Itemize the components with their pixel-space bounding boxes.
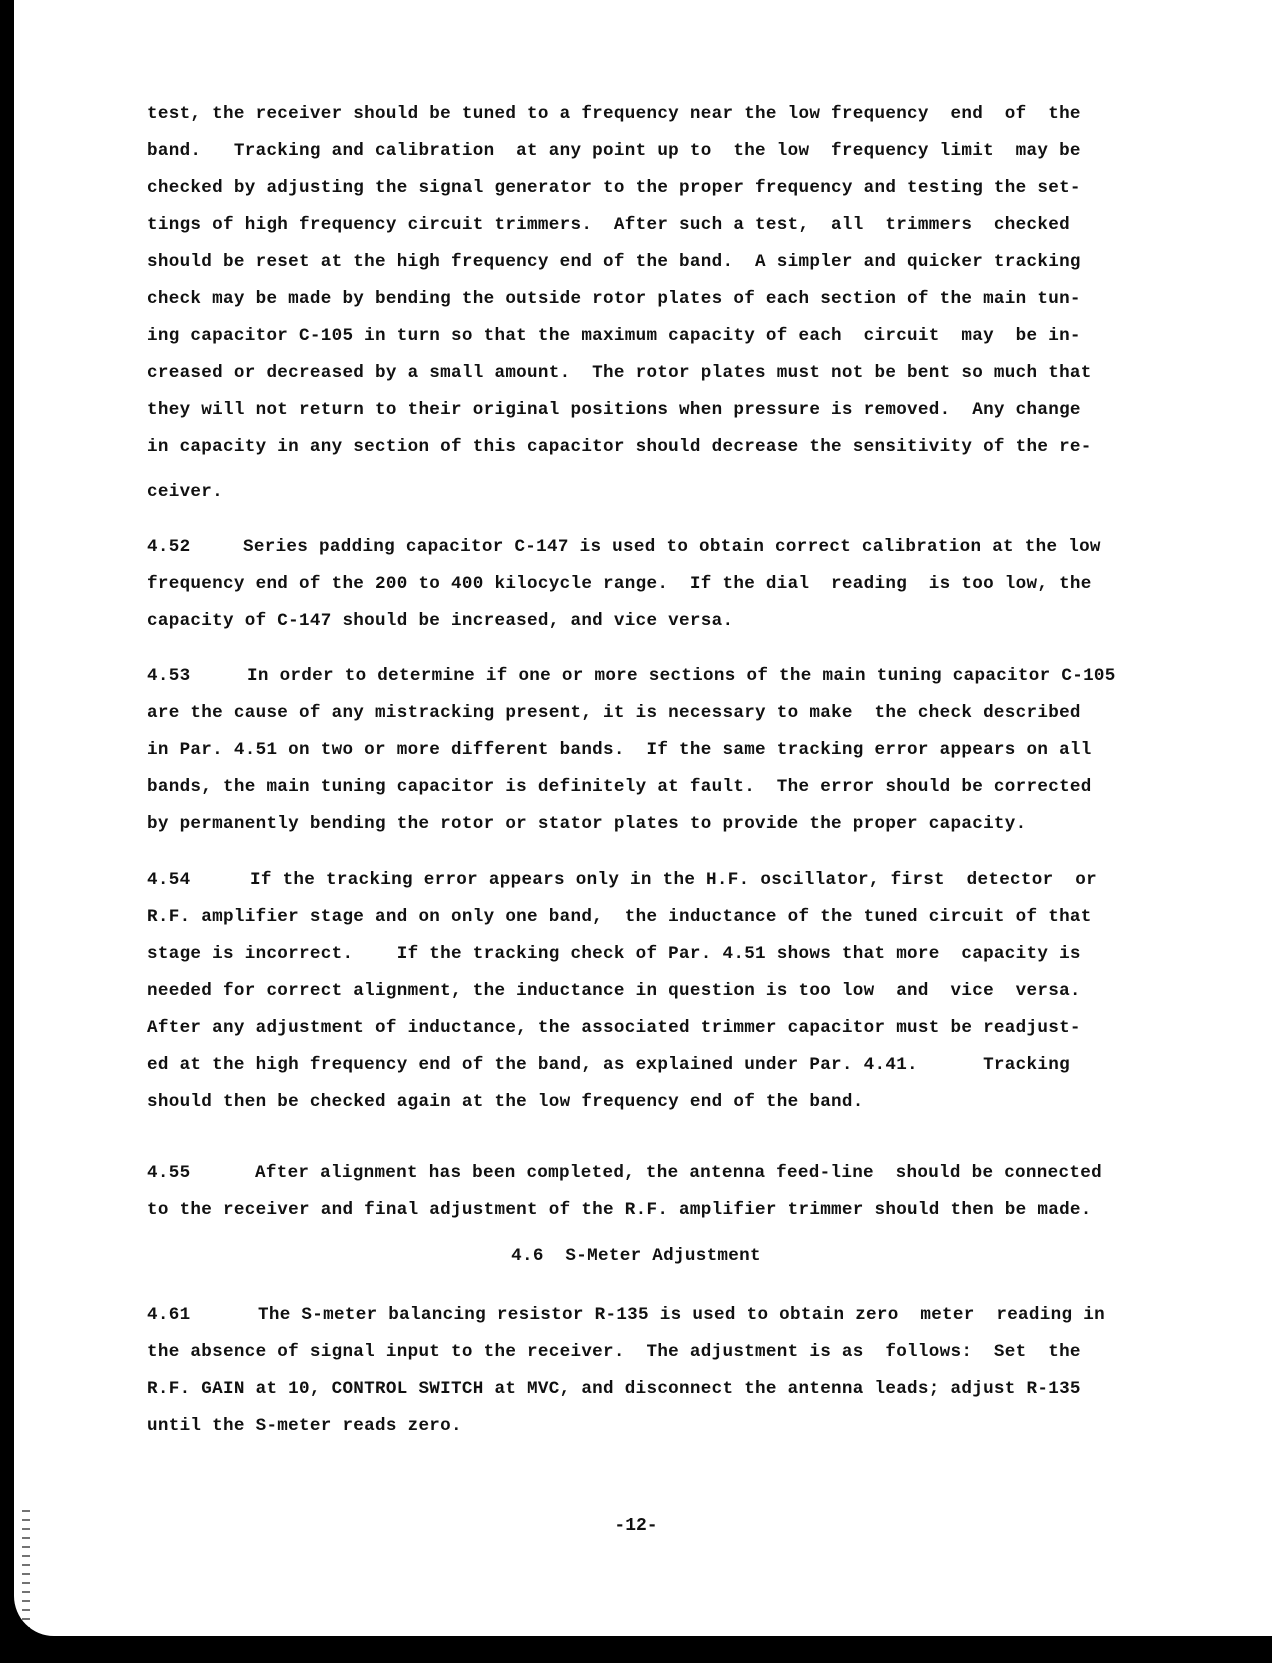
text-line: R.F. GAIN at 10, CONTROL SWITCH at MVC, … [147, 1379, 1081, 1399]
paragraph-number: 4.53 [147, 666, 190, 686]
text-line: stage is incorrect. If the tracking chec… [147, 944, 1081, 964]
text-line: test, the receiver should be tuned to a … [147, 104, 1081, 124]
text-line: they will not return to their original p… [147, 400, 1081, 420]
paragraph-number: 4.61 [147, 1305, 190, 1325]
text-line: needed for correct alignment, the induct… [147, 981, 1081, 1001]
text-line: Series padding capacitor C-147 is used t… [243, 537, 1101, 557]
section-heading: 4.6 S-Meter Adjustment [0, 1246, 1272, 1266]
page-number: -12- [0, 1516, 1272, 1536]
paragraph-number: 4.55 [147, 1163, 190, 1183]
text-line: to the receiver and final adjustment of … [147, 1200, 1092, 1220]
text-line: by permanently bending the rotor or stat… [147, 814, 1027, 834]
text-line: The S-meter balancing resistor R-135 is … [258, 1305, 1105, 1325]
text-line: bands, the main tuning capacitor is defi… [147, 777, 1092, 797]
text-line: After alignment has been completed, the … [255, 1163, 1102, 1183]
text-line: band. Tracking and calibration at any po… [147, 141, 1081, 161]
text-line: ed at the high frequency end of the band… [147, 1055, 1070, 1075]
text-line: frequency end of the 200 to 400 kilocycl… [147, 574, 1092, 594]
text-line: In order to determine if one or more sec… [247, 666, 1116, 686]
text-line: check may be made by bending the outside… [147, 289, 1081, 309]
text-line: R.F. amplifier stage and on only one ban… [147, 907, 1092, 927]
text-line: in Par. 4.51 on two or more different ba… [147, 740, 1092, 760]
text-line: until the S-meter reads zero. [147, 1416, 462, 1436]
text-line: creased or decreased by a small amount. … [147, 363, 1092, 383]
paragraph-number: 4.52 [147, 537, 190, 557]
text-line: tings of high frequency circuit trimmers… [147, 215, 1070, 235]
text-line: are the cause of any mistracking present… [147, 703, 1081, 723]
text-line: in capacity in any section of this capac… [147, 437, 1092, 457]
text-line: If the tracking error appears only in th… [250, 870, 1097, 890]
text-line: should be reset at the high frequency en… [147, 252, 1081, 272]
text-line: ing capacitor C-105 in turn so that the … [147, 326, 1081, 346]
text-line: After any adjustment of inductance, the … [147, 1018, 1081, 1038]
text-line: the absence of signal input to the recei… [147, 1342, 1081, 1362]
text-line: ceiver. [147, 482, 223, 502]
text-line: capacity of C-147 should be increased, a… [147, 611, 733, 631]
text-line: checked by adjusting the signal generato… [147, 178, 1081, 198]
text-line: should then be checked again at the low … [147, 1092, 864, 1112]
paragraph-number: 4.54 [147, 870, 190, 890]
